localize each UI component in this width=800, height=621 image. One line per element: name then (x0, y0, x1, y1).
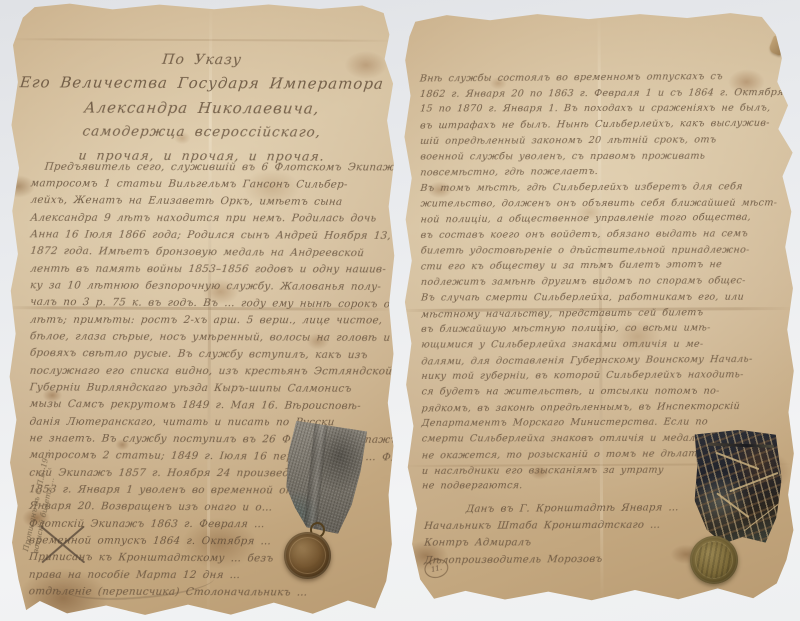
manuscript-line: въ ближайшую мѣстную полицію, со всѣми и… (420, 320, 777, 338)
manuscript-line: лентѣ въ память войны 1853–1856 годовъ и… (29, 261, 383, 279)
manuscript-line: въ составъ коего онъ войдетъ, обязано вы… (420, 226, 777, 244)
manuscript-line: матросомъ 1 статьи Вильгельмъ Гансонъ Си… (30, 175, 384, 194)
decree-header: По Указу Его Величества Государя Императ… (7, 48, 398, 169)
olive-bronze-medal-icon (690, 536, 738, 584)
manuscript-line: Предъявитель сего, служившій въ 6 Флотск… (30, 159, 384, 177)
photo-background: По Указу Его Величества Государя Императ… (0, 0, 800, 621)
manuscript-line: мызы Самсъ рекрутомъ 1849 г. Мая 16. Вѣр… (29, 396, 383, 415)
manuscript-line: Въ томъ мѣстѣ, гдѣ Сильберлейхъ изберетъ… (420, 179, 777, 197)
manuscript-line: Анна 16 Іюля 1866 года; Родился сынъ Анд… (29, 226, 383, 245)
loose-thread-icon (716, 492, 749, 517)
tattered-dark-ribbon-icon (691, 428, 785, 546)
header-line: Александра Николаевича, (6, 95, 399, 122)
grey-ribbon-icon (281, 420, 368, 535)
loose-thread-icon (716, 452, 760, 470)
manuscript-line: 1872 года. Имѣетъ бронзовую медаль на Ан… (29, 243, 383, 262)
manuscript-line: бѣлое, глаза сѣрые, носъ умѣренный, воло… (29, 328, 383, 347)
manuscript-line: ку за 10 лѣтнюю безпорочную службу. Жало… (29, 277, 383, 296)
signature-block: Данъ въ Г. Кронштадтѣ Января …Начальникъ… (424, 499, 706, 568)
manuscript-line: лейхъ, Женатъ на Елизаветѣ Оркъ, имѣетъ … (30, 192, 384, 211)
manuscript-line: бровяхъ свѣтло русые. Въ службу вступилъ… (29, 345, 383, 364)
pencil-cross-mark (33, 518, 93, 572)
manuscript-line: шій опредѣленный закономъ 20 лѣтній срок… (419, 132, 776, 150)
fold-crease (7, 38, 397, 42)
left-medal (272, 420, 392, 612)
signature-line: Контръ Адмиралъ (424, 534, 707, 552)
header-line: Его Величества Государя Императора (6, 70, 399, 97)
ribbon-pin-icon (708, 443, 774, 448)
right-medal (684, 428, 796, 612)
signature-line: Дѣлопроизводитель Морозовъ (423, 550, 707, 569)
manuscript-line: ся будетъ на жительствѣ, и отсылки потом… (421, 384, 778, 401)
loose-thread-icon (744, 503, 780, 531)
signature-line: Данъ въ Г. Кронштадтѣ Января … (423, 499, 707, 518)
manuscript-line: Александра 9 лѣтъ находится при немъ. Ро… (29, 210, 383, 228)
manuscript-line: Внѣ службы состоялъ во временномъ отпуск… (419, 69, 777, 88)
manuscript-line: послужнаго его списка видно, изъ крестья… (29, 363, 383, 381)
manuscript-line: чалъ по 3 р. 75 к. въ годъ. Въ … году ем… (29, 294, 383, 313)
header-line: По Указу (6, 48, 398, 72)
header-line: самодержца всероссійскаго, (6, 120, 399, 145)
bronze-medal-icon (284, 532, 331, 579)
dog-ear-corner (768, 35, 786, 56)
manuscript-line: Губерніи Вирляндскаго уѣзда Кыръ-шипы Са… (29, 379, 383, 398)
manuscript-line: лѣтъ; примѣты: ростъ 2-хъ арш. 5 верш., … (29, 312, 383, 330)
manuscript-line: нику той губерніи, въ которой Сильберлей… (421, 367, 778, 385)
manuscript-line: Въ случаѣ смерти Сильберлейха, работника… (420, 289, 777, 306)
signature-line: Начальникъ Штаба Кронштадтскаго … (423, 516, 707, 534)
loose-thread-icon (729, 472, 778, 492)
manuscript-line: подлежитъ замѣнѣ другимъ видомъ по спора… (420, 273, 777, 291)
manuscript-line: ющимися у Сильберлейха знаками отличія и… (421, 336, 778, 353)
